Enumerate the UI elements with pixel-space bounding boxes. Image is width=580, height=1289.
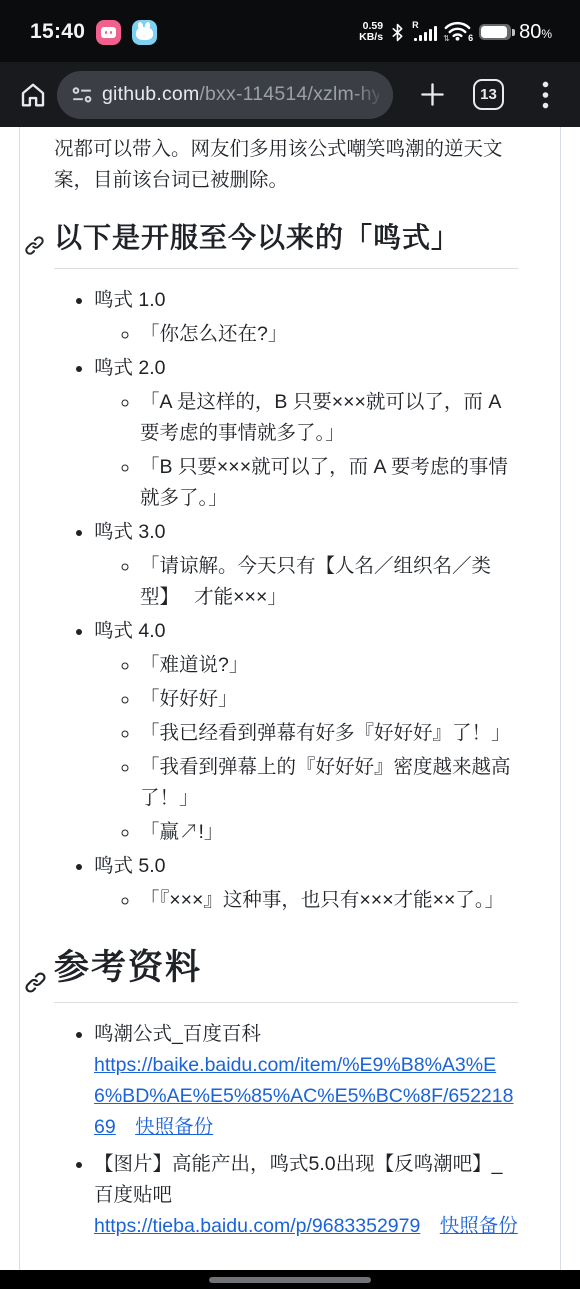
home-button[interactable]: [17, 79, 49, 111]
section-heading-references: 参考资料: [54, 942, 518, 1003]
list-subitem: 「难道说?」: [140, 650, 518, 681]
reference-title: 【图片】高能产出，鸣式5.0出现【反鸣潮吧】_百度贴吧: [94, 1149, 518, 1211]
new-tab-button[interactable]: [412, 75, 452, 115]
list-subitem: 「B 只要×××就可以了，而 A 要考虑的事情就多了。」: [140, 452, 518, 514]
section-heading-mingshi: 以下是开服至今以来的「鸣式」: [54, 218, 518, 269]
intro-paragraph: 况都可以带入。网友们多用该公式嘲笑鸣潮的逆天文案，目前该台词已被删除。: [54, 134, 518, 196]
android-screen: 15:40 0.59 KB/s R ⇅: [0, 0, 580, 1289]
kebab-menu-icon: [542, 81, 549, 109]
heading-anchor-link-icon[interactable]: [24, 227, 45, 267]
references-list: 鸣潮公式_百度百科 https://baike.baidu.com/item/%…: [54, 1019, 518, 1242]
gesture-handle[interactable]: [209, 1277, 371, 1283]
cell-signal-icon: R: [412, 21, 436, 43]
network-speed-indicator: 0.59 KB/s: [359, 21, 383, 43]
list-item: 鸣式 3.0 「请谅解。今天只有【人名／组织名／类型】 才能×××」: [94, 517, 518, 613]
heading-anchor-link-icon[interactable]: [24, 957, 47, 1009]
list-subitem: 「我已经看到弹幕有好多『好好好』了！」: [140, 718, 518, 749]
list-item: 鸣式 4.0 「难道说?」 「好好好」 「我已经看到弹幕有好多『好好好』了！」 …: [94, 616, 518, 848]
list-item: 鸣式 5.0 「『×××』这种事，也只有×××才能××了。」: [94, 851, 518, 916]
mingshi-list: 鸣式 1.0 「你怎么还在?」 鸣式 2.0 「A 是这样的，B 只要×××就可…: [54, 285, 518, 916]
url-fade: [353, 71, 393, 119]
url-bar[interactable]: github.com/bxx-114514/xzlm-hyv/blob/mai: [57, 71, 393, 119]
system-nav-bar: [0, 1270, 580, 1289]
reference-title: 鸣潮公式_百度百科: [94, 1019, 518, 1050]
menu-button[interactable]: [528, 75, 562, 115]
battery-icon: [479, 24, 511, 40]
plus-icon: [419, 81, 446, 108]
reference-item: 鸣潮公式_百度百科 https://baike.baidu.com/item/%…: [94, 1019, 518, 1143]
snapshot-backup-link[interactable]: 快照备份: [440, 1215, 518, 1237]
bluetooth-icon: [391, 23, 404, 42]
status-indicators: 0.59 KB/s R ⇅ 6 80%: [359, 21, 552, 44]
list-subitem: 「我看到弹幕上的『好好好』密度越来越高了！」: [140, 752, 518, 814]
list-subitem: 「好好好」: [140, 684, 518, 715]
list-subitem: 「『×××』这种事，也只有×××才能××了。」: [140, 885, 518, 916]
reference-url-link[interactable]: https://tieba.baidu.com/p/9683352979: [94, 1215, 420, 1237]
tab-count: 13: [480, 86, 497, 103]
list-item: 鸣式 2.0 「A 是这样的，B 只要×××就可以了，而 A 要考虑的事情就多了…: [94, 353, 518, 514]
bilibili-app-icon: [96, 20, 121, 45]
list-subitem: 「A 是这样的，B 只要×××就可以了，而 A 要考虑的事情就多了。」: [140, 387, 518, 449]
rabbit-app-icon: [132, 20, 157, 45]
reference-item: 【图片】高能产出，鸣式5.0出现【反鸣潮吧】_百度贴吧 https://tieb…: [94, 1149, 518, 1242]
tab-switcher-button[interactable]: 13: [473, 79, 504, 110]
web-page: 况都可以带入。网友们多用该公式嘲笑鸣潮的逆天文案，目前该台词已被删除。 以下是开…: [0, 127, 580, 1270]
list-subitem: 「你怎么还在?」: [140, 319, 518, 350]
url-text: github.com/bxx-114514/xzlm-hyv/blob/mai: [102, 83, 379, 106]
status-bar: 15:40 0.59 KB/s R ⇅: [0, 0, 580, 62]
clock: 15:40: [30, 20, 85, 44]
wifi-icon: ⇅ 6: [444, 21, 471, 43]
list-item: 鸣式 1.0 「你怎么还在?」: [94, 285, 518, 350]
markdown-container: 况都可以带入。网友们多用该公式嘲笑鸣潮的逆天文案，目前该台词已被删除。 以下是开…: [19, 127, 561, 1270]
browser-toolbar: github.com/bxx-114514/xzlm-hyv/blob/mai …: [0, 62, 580, 127]
list-subitem: 「赢↗!」: [140, 817, 518, 848]
battery-percent: 80%: [519, 21, 552, 44]
home-icon: [18, 80, 48, 110]
list-subitem: 「请谅解。今天只有【人名／组织名／类型】 才能×××」: [140, 551, 518, 613]
page-info-icon[interactable]: [71, 84, 93, 106]
snapshot-backup-link[interactable]: 快照备份: [135, 1116, 213, 1138]
